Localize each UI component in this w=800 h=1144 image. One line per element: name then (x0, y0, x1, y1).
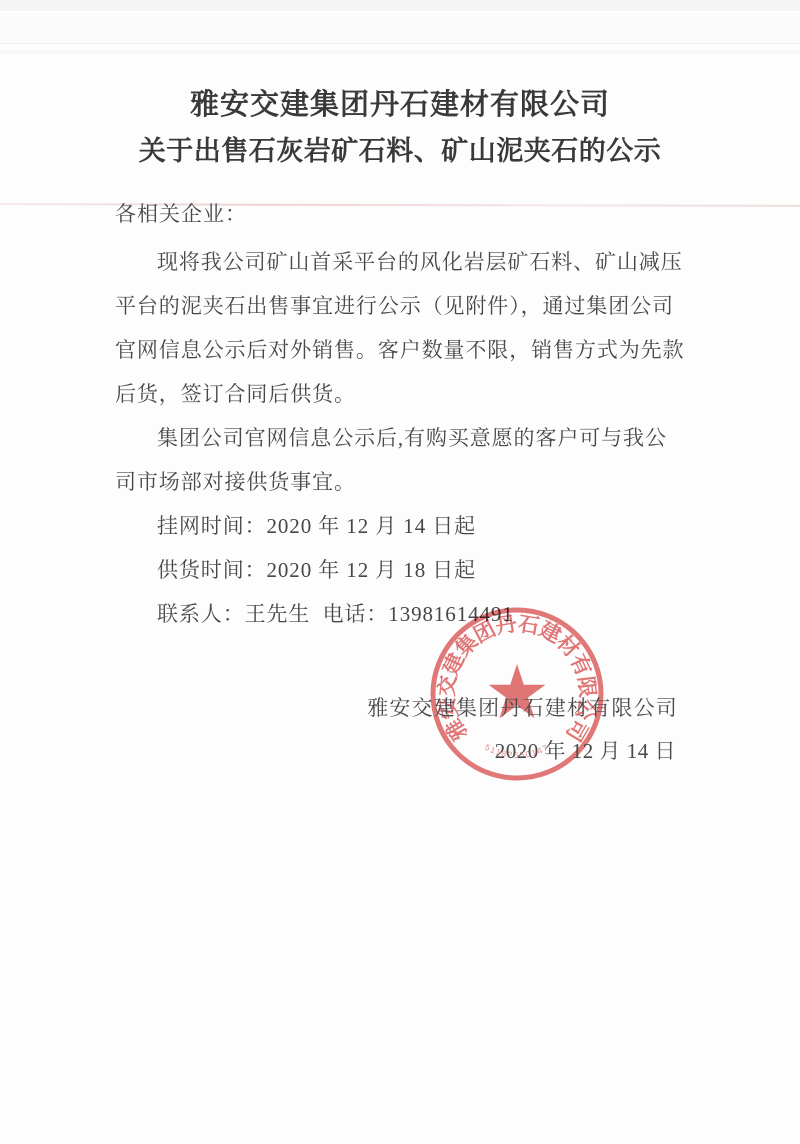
document-body: 现将我公司矿山首采平台的风化岩层矿石料、矿山减压 平台的泥夹石出售事宜进行公示（… (115, 240, 695, 636)
body-line: 后货，签订合同后供货。 (115, 372, 695, 416)
salutation: 各相关企业： (115, 198, 247, 228)
document-title-company: 雅安交建集团丹石建材有限公司 (0, 82, 800, 123)
scan-artifact-band (0, 0, 800, 11)
body-line: 现将我公司矿山首采平台的风化岩层矿石料、矿山减压 (115, 240, 695, 284)
document-page: 雅安交建集团丹石建材有限公司 关于出售石灰岩矿石料、矿山泥夹石的公示 各相关企业… (0, 0, 800, 1144)
info-line-listing-date: 挂网时间：2020 年 12 月 14 日起 (115, 504, 695, 548)
document-title-subject: 关于出售石灰岩矿石料、矿山泥夹石的公示 (0, 129, 800, 168)
scan-artifact-band (0, 16, 800, 44)
signature-date: 2020 年 12 月 14 日 (495, 735, 676, 765)
body-line: 平台的泥夹石出售事宜进行公示（见附件），通过集团公司 (115, 284, 695, 328)
body-line: 集团公司官网信息公示后,有购买意愿的客户可与我公 (115, 416, 695, 460)
info-line-supply-date: 供货时间：2020 年 12 月 18 日起 (115, 548, 695, 592)
body-line: 司市场部对接供货事宜。 (115, 460, 695, 504)
scan-artifact-band (0, 50, 800, 54)
signature-company: 雅安交建集团丹石建材有限公司 (367, 692, 678, 722)
body-line: 官网信息公示后对外销售。客户数量不限，销售方式为先款 (115, 328, 695, 372)
info-line-contact: 联系人：王先生 电话：13981614491 (115, 592, 695, 636)
